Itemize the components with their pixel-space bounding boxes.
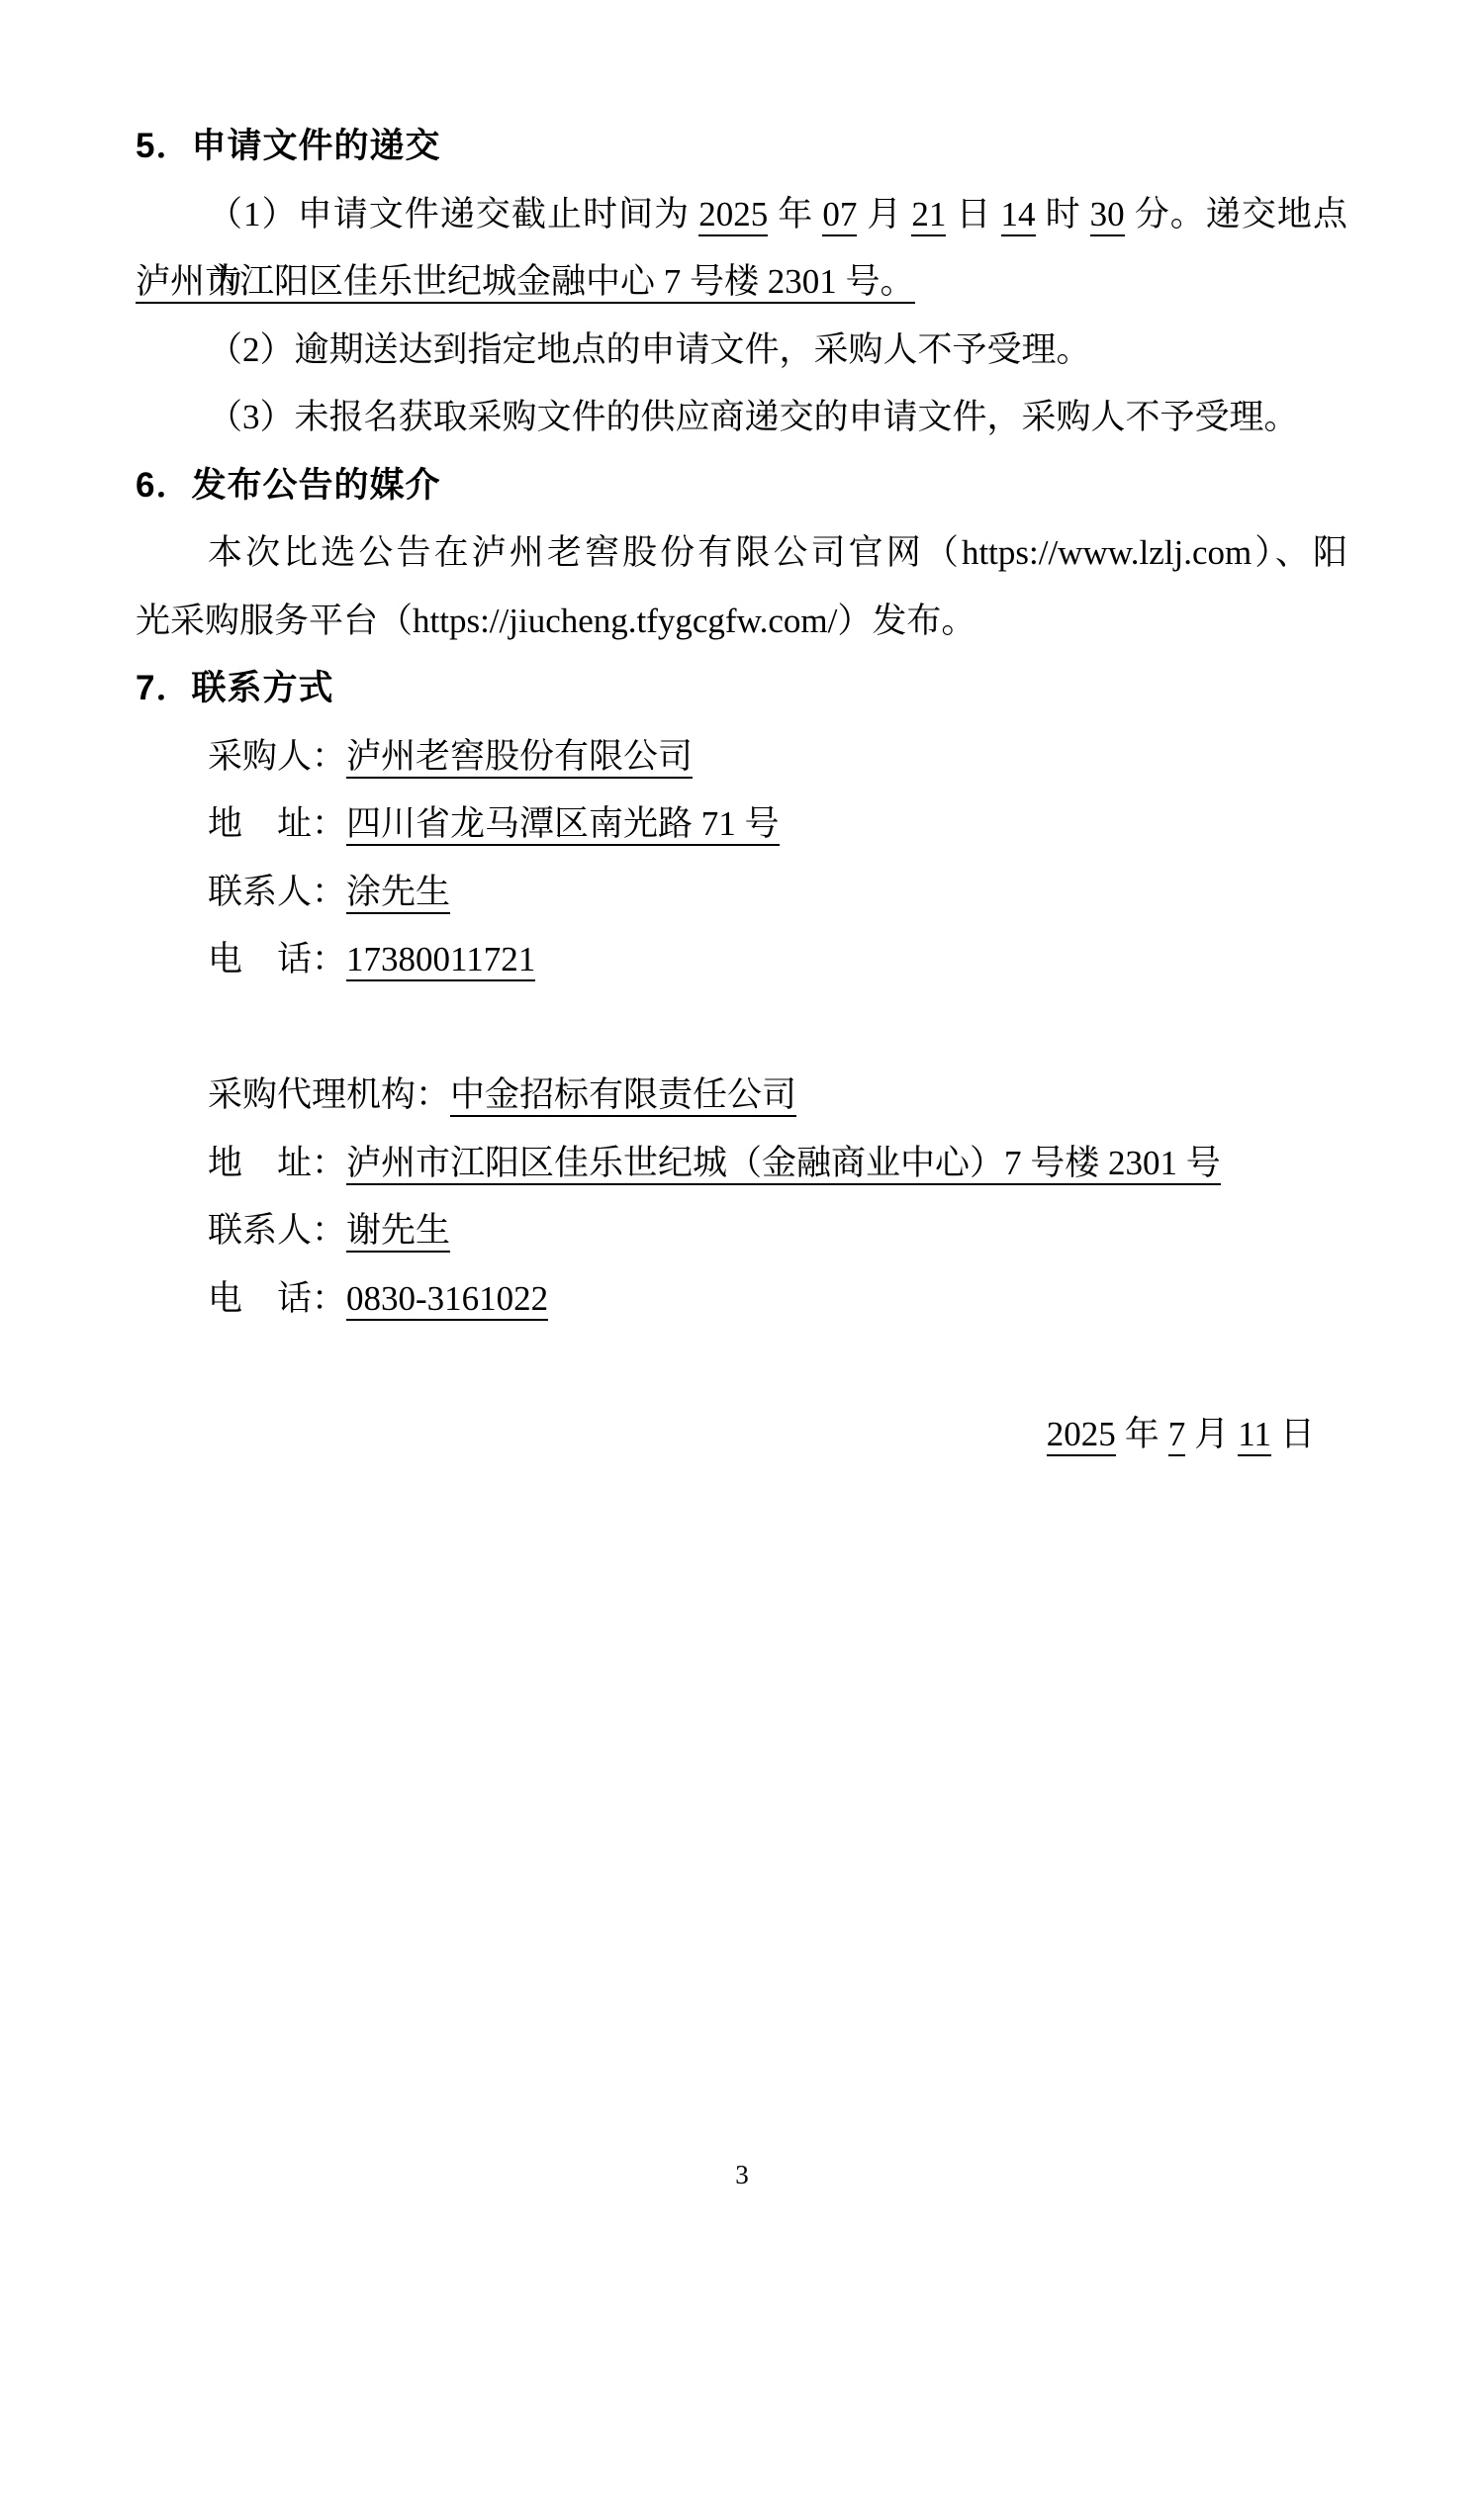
purchaser-contact-label: 联系人：	[208, 873, 346, 911]
deadline-minute-value: 30	[1090, 195, 1125, 236]
signature-date-year-unit: 年	[1125, 1415, 1159, 1453]
late-delivery-clause: （2）逾期送达到指定地点的申请文件，采购人不予受理。	[136, 317, 1347, 385]
purchaser-name-label: 采购人：	[208, 737, 346, 776]
document-content: 5．申请文件的递交 （1）申请文件递交截止时间为2025年07月21日14时30…	[136, 113, 1347, 1468]
agency-contact-label: 联系人：	[208, 1211, 346, 1250]
deadline-hour-unit: 时	[1045, 195, 1081, 233]
agency-name-label: 采购代理机构：	[208, 1075, 450, 1114]
agency-phone-value: 0830-3161022	[346, 1279, 548, 1321]
purchaser-phone-label: 电 话：	[208, 940, 346, 978]
purchaser-name-value: 泸州老窖股份有限公司	[346, 737, 693, 779]
agency-address-value: 泸州市江阳区佳乐世纪城（金融商业中心）7 号楼 2301 号	[346, 1144, 1221, 1185]
section-5-heading: 5．申请文件的递交	[136, 113, 1347, 181]
unregistered-supplier-clause: （3）未报名获取采购文件的供应商递交的申请文件，采购人不予受理。	[136, 384, 1347, 452]
agency-name-value: 中金招标有限责任公司	[450, 1075, 796, 1117]
deadline-month-value: 07	[822, 195, 857, 236]
signature-date-day: 11	[1238, 1415, 1271, 1456]
submission-address-line: 泸州市江阳区佳乐世纪城金融中心 7 号楼 2301 号。	[136, 248, 1347, 317]
blank-line	[136, 994, 1347, 1063]
agency-contact-line: 联系人：谢先生	[136, 1197, 1347, 1265]
agency-phone-line: 电 话：0830-3161022	[136, 1265, 1347, 1334]
deadline-line: （1）申请文件递交截止时间为2025年07月21日14时30分。递交地点为	[136, 181, 1347, 249]
purchaser-address-label: 地 址：	[208, 804, 346, 843]
purchaser-address-line: 地 址：四川省龙马潭区南光路 71 号	[136, 790, 1347, 859]
blank-line	[136, 1333, 1347, 1401]
deadline-minute-unit: 分	[1134, 195, 1170, 233]
purchaser-address-value: 四川省龙马潭区南光路 71 号	[346, 804, 780, 846]
purchaser-contact-line: 联系人：涂先生	[136, 859, 1347, 927]
deadline-prefix: （1）申请文件递交截止时间为	[208, 195, 690, 233]
purchaser-name-line: 采购人：泸州老窖股份有限公司	[136, 723, 1347, 791]
deadline-day-value: 21	[911, 195, 946, 236]
announcement-media-line-2: 光采购服务平台（https://jiucheng.tfygcgfw.com/）发…	[136, 588, 1347, 656]
page-number: 3	[0, 2155, 1484, 2194]
deadline-hour-value: 14	[1001, 195, 1036, 236]
purchaser-phone-value: 17380011721	[346, 940, 535, 981]
agency-address-label: 地 址：	[208, 1144, 346, 1182]
deadline-year-value: 2025	[698, 195, 768, 236]
announcement-media-line-1: 本次比选公告在泸州老窖股份有限公司官网（https://www.lzlj.com…	[136, 519, 1347, 588]
agency-address-line: 地 址：泸州市江阳区佳乐世纪城（金融商业中心）7 号楼 2301 号	[136, 1130, 1347, 1198]
deadline-month-unit: 月	[866, 195, 902, 233]
signature-date-day-unit: 日	[1280, 1415, 1315, 1453]
deadline-year-unit: 年	[777, 195, 813, 233]
deadline-day-unit: 日	[955, 195, 991, 233]
agency-phone-label: 电 话：	[208, 1279, 346, 1318]
signature-date-line: 2025年7月11日	[136, 1401, 1347, 1469]
agency-name-line: 采购代理机构：中金招标有限责任公司	[136, 1062, 1347, 1130]
signature-date-month-unit: 月	[1194, 1415, 1229, 1453]
submission-address: 泸州市江阳区佳乐世纪城金融中心 7 号楼 2301 号。	[136, 262, 915, 304]
section-6-heading: 6．发布公告的媒介	[136, 452, 1347, 520]
purchaser-phone-line: 电 话：17380011721	[136, 926, 1347, 994]
purchaser-contact-value: 涂先生	[346, 873, 450, 914]
agency-contact-value: 谢先生	[346, 1211, 450, 1253]
signature-date-month: 7	[1168, 1415, 1186, 1456]
document-page: 5．申请文件的递交 （1）申请文件递交截止时间为2025年07月21日14时30…	[0, 0, 1484, 2510]
section-7-heading: 7．联系方式	[136, 655, 1347, 723]
signature-date-year: 2025	[1047, 1415, 1116, 1456]
